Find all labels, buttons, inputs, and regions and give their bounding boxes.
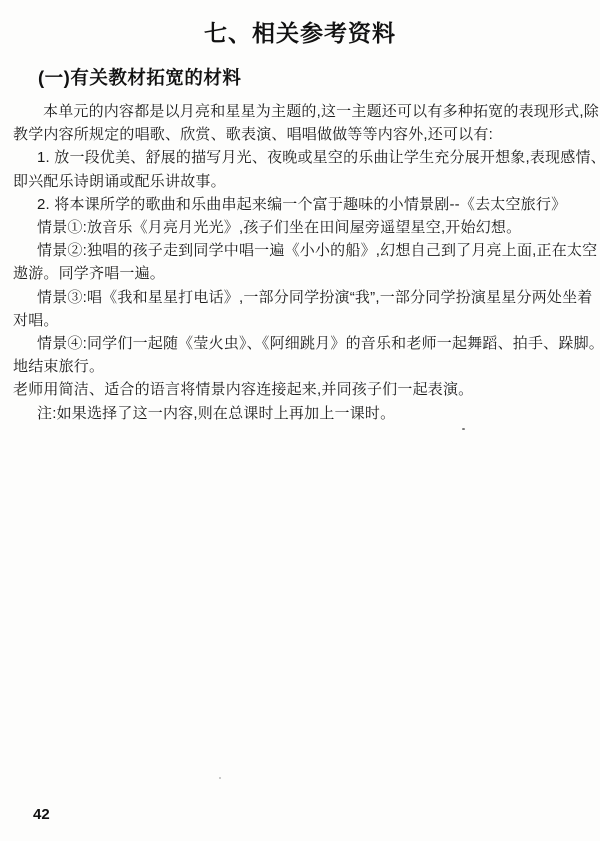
text-line: 注:如果选择了这一内容,则在总课时上再加上一课时。 [37, 402, 589, 425]
text-line: 教学内容所规定的唱歌、欣赏、歌表演、唱唱做做等等内容外,还可以有: [13, 123, 589, 146]
text-line: 情景④:同学们一起随《莹火虫》、《阿细跳月》的音乐和老师一起舞蹈、拍手、跺脚。愉… [37, 332, 589, 355]
text-line: 情景②:独唱的孩子走到同学中唱一遍《小小的船》,幻想自己到了月亮上面,正在太空 [37, 239, 589, 262]
body-text: 本单元的内容都是以月亮和星星为主题的,这一主题还可以有多种拓宽的表现形式,除教学… [13, 100, 589, 425]
text-line: 老师用简洁、适合的语言将情景内容连接起来,并同孩子们一起表演。 [13, 378, 589, 401]
section-heading: (一)有关教材拓宽的材料 [38, 64, 241, 90]
document-page: 七、相关参考资料 (一)有关教材拓宽的材料 本单元的内容都是以月亮和星星为主题的… [0, 0, 600, 841]
text-line: 地结束旅行。 [13, 355, 589, 378]
text-line: 1. 放一段优美、舒展的描写月光、夜晚或星空的乐曲让学生充分展开想象,表现感情、 [37, 146, 589, 169]
page-number: 42 [33, 806, 50, 823]
text-line: 对唱。 [13, 309, 589, 332]
scan-artifact-dot [462, 428, 465, 430]
text-line: 情景①:放音乐《月亮月光光》,孩子们坐在田间屋旁遥望星空,开始幻想。 [37, 216, 589, 239]
text-line: 情景③:唱《我和星星打电话》,一部分同学扮演“我”,一部分同学扮演星星分两处坐着 [37, 286, 589, 309]
text-line: 本单元的内容都是以月亮和星星为主题的,这一主题还可以有多种拓宽的表现形式,除 [43, 100, 589, 123]
page-title: 七、相关参考资料 [0, 15, 600, 48]
text-line: 2. 将本课所学的歌曲和乐曲串起来编一个富于趣味的小情景剧--《去太空旅行》 [37, 193, 589, 216]
scan-artifact-dot [219, 777, 221, 779]
text-line: 即兴配乐诗朗诵或配乐讲故事。 [13, 170, 589, 193]
text-line: 遨游。同学齐唱一遍。 [13, 262, 589, 285]
